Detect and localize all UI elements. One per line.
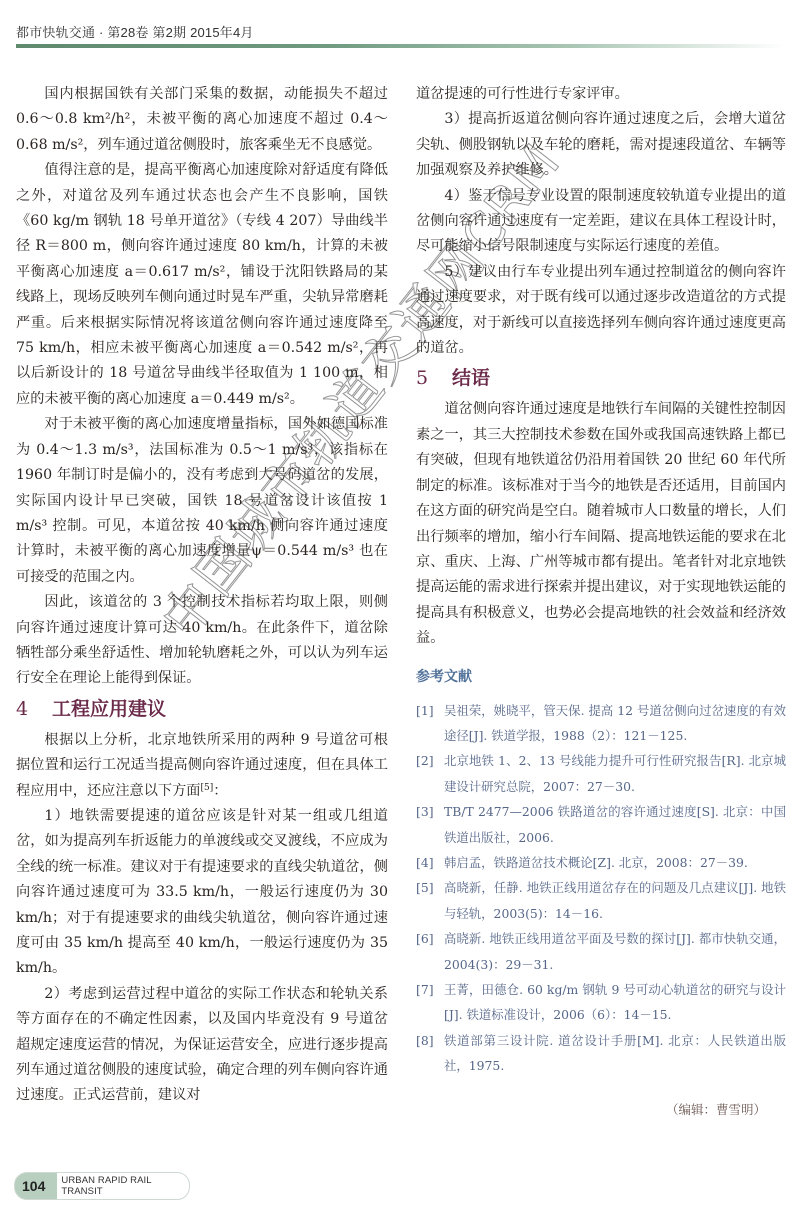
left-column: 国内根据国铁有关部门采集的数据，动能损失不超过 0.6～0.8 km²/h²，未… [16,82,388,1109]
reference-tag: [5] [416,875,444,926]
conclusion-paragraph: 道岔侧向容许通过速度是地铁行车间隔的关键性控制因素之一，其三大控制技术参数在国外… [416,397,786,651]
reference-tag: [6] [416,926,444,977]
section-intro: 根据以上分析，北京地铁所采用的两种 9 号道岔可根据位置和运行工况适当提高侧向容… [16,728,388,804]
editor-credit: （编辑：曹雪明） [416,1097,786,1122]
page-footer-badge: 104 URBAN RAPID RAIL TRANSIT [14,1172,190,1200]
reference-item: [7]王菁，田德仓. 60 kg/m 钢轨 9 号可动心轨道岔的研究与设计[J]… [416,977,786,1028]
section-title: 工程应用建议 [52,698,166,720]
body-paragraph: 因此，该道岔的 3 个控制技术指标若均取上限，则侧向容许通过速度计算可达 40 … [16,590,388,692]
right-column: 道岔提速的可行性进行专家评审。 3）提高折返道岔侧向容许通过速度之后，会增大道岔… [416,82,786,1122]
section-title: 结语 [452,367,490,389]
citation: [5] [200,783,213,793]
list-item: 5）建议由行车专业提出列车通过控制道岔的侧向容许通过速度要求，对于既有线可以通过… [416,260,786,362]
reference-item: [3]TB/T 2477—2006 铁路道岔的容许通过速度[S]. 北京：中国铁… [416,799,786,850]
reference-text: 北京地铁 1、2、13 号线能力提升可行性研究报告[R]. 北京城建设计研究总院… [444,748,786,799]
list-item: 3）提高折返道岔侧向容许通过速度之后，会增大道岔尖轨、侧股钢轨以及车轮的磨耗，需… [416,107,786,183]
intro-end: ： [213,783,227,799]
section-heading-5: 5结语 [416,363,786,393]
body-paragraph: 对于未被平衡的离心加速度增量指标，国外如德国标准为 0.4～1.3 m/s³，法… [16,412,388,590]
body-paragraph: 值得注意的是，提高平衡离心加速度除对舒适度有降低之外，对道岔及列车通过状态也会产… [16,158,388,412]
reference-item: [8]铁道部第三设计院. 道岔设计手册[M]. 北京：人民铁道出版社，1975. [416,1028,786,1079]
reference-text: TB/T 2477—2006 铁路道岔的容许通过速度[S]. 北京：中国铁道出版… [444,799,786,850]
list-item: 4）鉴于信号专业设置的限制速度较轨道专业提出的道岔侧向容许通过速度有一定差距，建… [416,184,786,260]
list-item: 2）考虑到运营过程中道岔的实际工作状态和轮轨关系等方面存在的不确定性因素，以及国… [16,982,388,1109]
reference-item: [5]高晓新，任静. 地铁正线用道岔存在的问题及几点建议[J]. 地铁与轻轨，2… [416,875,786,926]
section-heading-4: 4工程应用建议 [16,694,388,724]
references-heading: 参考文献 [416,666,786,688]
list-item: 1）地铁需要提速的道岔应该是针对某一组或几组道岔，如为提高列车折返能力的单渡线或… [16,804,388,982]
reference-item: [4]韩启孟，铁路道岔技术概论[Z]. 北京，2008：27－39. [416,850,786,875]
section-number: 5 [416,363,452,393]
reference-tag: [3] [416,799,444,850]
reference-tag: [4] [416,850,444,875]
reference-item: [1]吴祖荣，姚晓平，管天保. 提高 12 号道岔侧向过岔速度的有效途径[J].… [416,698,786,749]
header-divider [16,44,786,48]
reference-text: 铁道部第三设计院. 道岔设计手册[M]. 北京：人民铁道出版社，1975. [444,1028,786,1079]
running-header: 都市快轨交通 · 第28卷 第2期 2015年4月 [16,22,254,41]
reference-item: [2]北京地铁 1、2、13 号线能力提升可行性研究报告[R]. 北京城建设计研… [416,748,786,799]
reference-text: 吴祖荣，姚晓平，管天保. 提高 12 号道岔侧向过岔速度的有效途径[J]. 铁道… [444,698,786,749]
reference-text: 高晓新. 地铁正线用道岔平面及号数的探讨[J]. 都市快轨交通，2004(3)：… [444,926,786,977]
body-paragraph: 国内根据国铁有关部门采集的数据，动能损失不超过 0.6～0.8 km²/h²，未… [16,82,388,158]
journal-name: URBAN RAPID RAIL TRANSIT [55,1175,189,1197]
reference-tag: [1] [416,698,444,749]
references-list: [1]吴祖荣，姚晓平，管天保. 提高 12 号道岔侧向过岔速度的有效途径[J].… [416,698,786,1079]
reference-text: 韩启孟，铁路道岔技术概论[Z]. 北京，2008：27－39. [444,850,786,875]
continuation-text: 道岔提速的可行性进行专家评审。 [416,82,786,107]
reference-text: 王菁，田德仓. 60 kg/m 钢轨 9 号可动心轨道岔的研究与设计[J]. 铁… [444,977,786,1028]
reference-text: 高晓新，任静. 地铁正线用道岔存在的问题及几点建议[J]. 地铁与轻轨，2003… [444,875,786,926]
section-number: 4 [16,694,52,724]
reference-tag: [7] [416,977,444,1028]
reference-tag: [8] [416,1028,444,1079]
page-number: 104 [15,1178,55,1194]
reference-item: [6]高晓新. 地铁正线用道岔平面及号数的探讨[J]. 都市快轨交通，2004(… [416,926,786,977]
reference-tag: [2] [416,748,444,799]
